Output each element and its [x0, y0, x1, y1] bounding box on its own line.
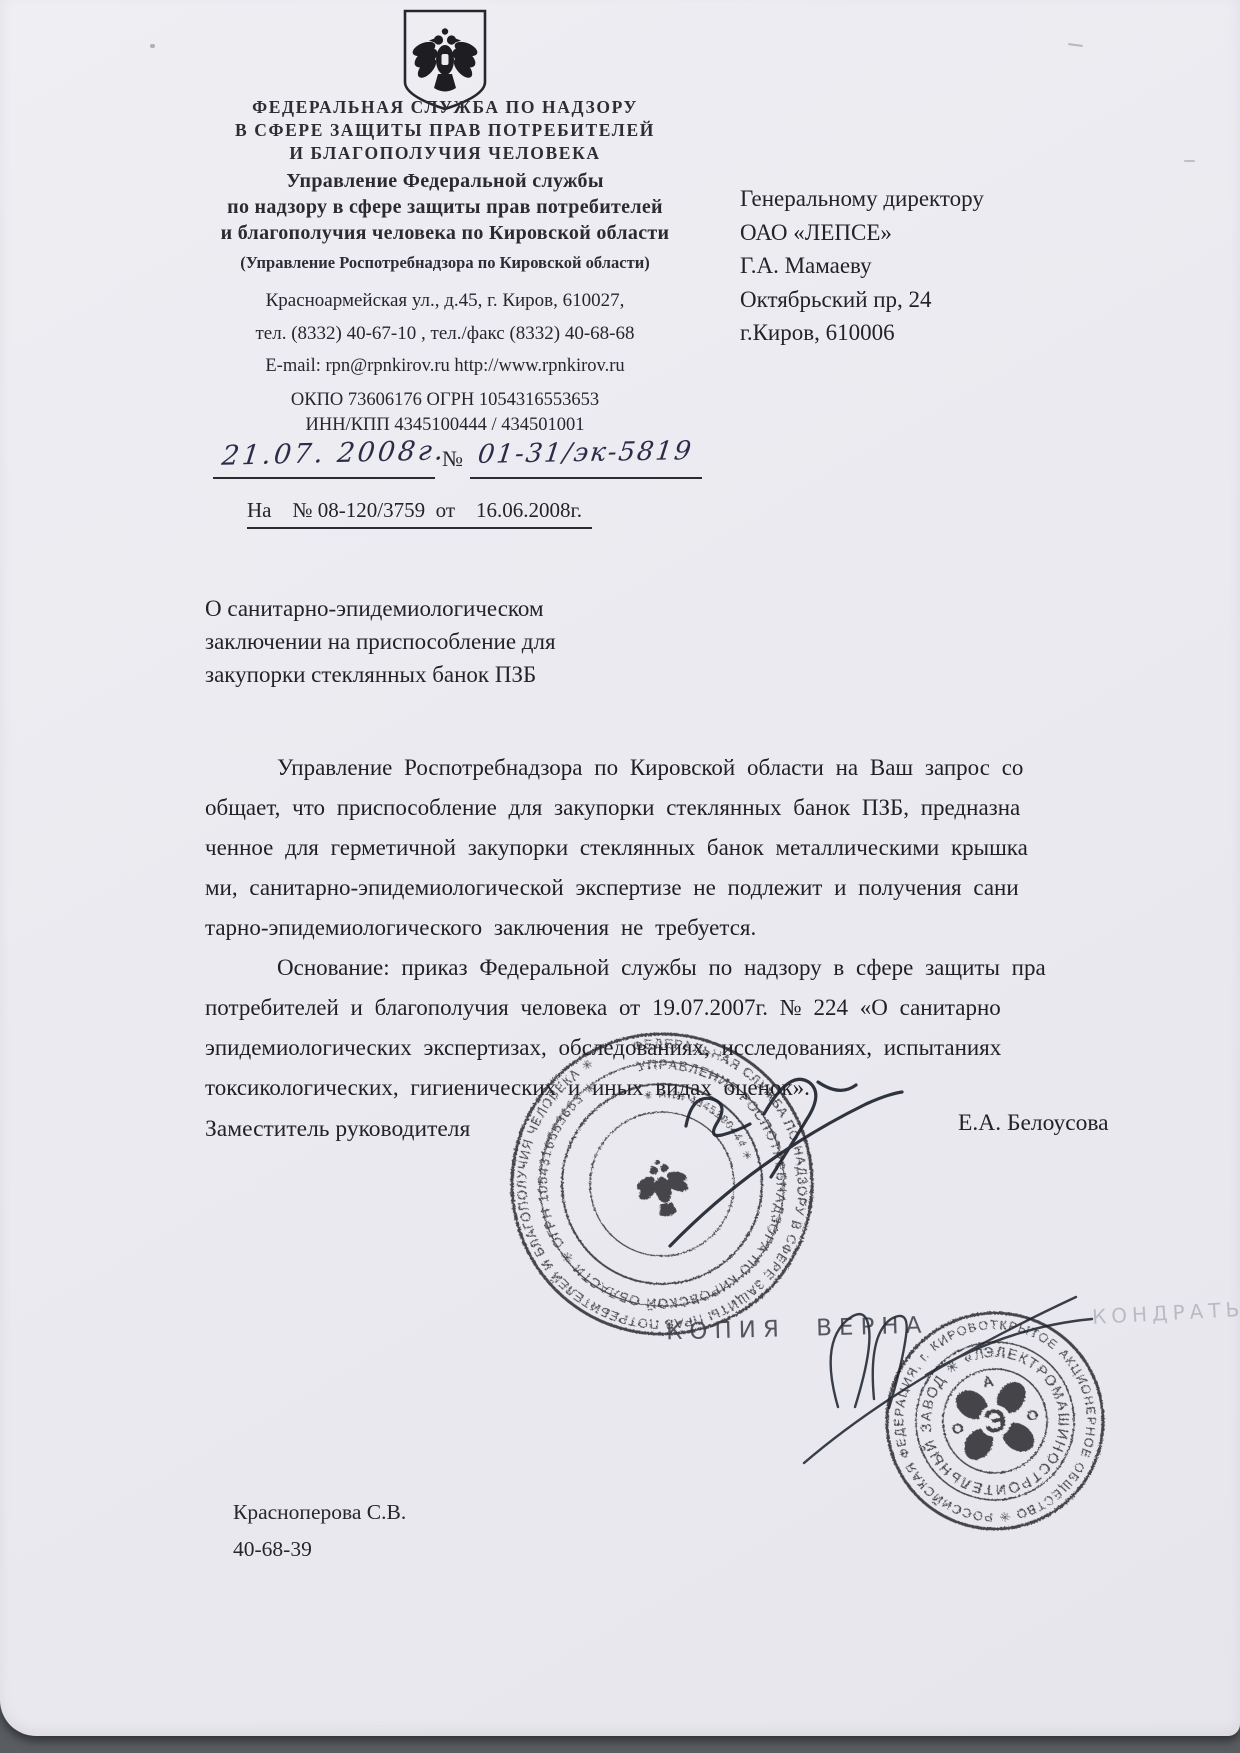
agency-name: ФЕДЕРАЛЬНАЯ СЛУЖБА ПО НАДЗОРУ В СФЕРЕ ЗА…	[115, 96, 775, 165]
recipient-block: Генеральному директору ОАО «ЛЕПСЕ» Г.А. …	[740, 182, 984, 350]
office-line: и благополучия человека по Кировской обл…	[115, 220, 775, 246]
body-line: тарно-эпидемиологического заключения не …	[205, 908, 1240, 948]
subject-line: О санитарно-эпидемиологическом	[205, 592, 556, 625]
stamp2-logo: Э А О О	[943, 1366, 1045, 1469]
subject-line: закупорки стеклянных банок ПЗБ	[205, 658, 556, 691]
body-line: Управление Роспотребнадзора по Кировской…	[205, 748, 1240, 788]
body-line: ми, санитарно-эпидемиологической эксперт…	[205, 868, 1240, 908]
body-line: Основание: приказ Федеральной службы по …	[205, 948, 1240, 988]
recipient-line: ОАО «ЛЕПСЕ»	[740, 216, 984, 250]
scan-artifact	[1184, 160, 1195, 162]
body-line: общает, что приспособление для закупорки…	[205, 788, 1240, 828]
subject-line: заключении на приспособление для	[205, 625, 556, 658]
address-line: Красноармейская ул., д.45, г. Киров, 610…	[115, 290, 775, 312]
agency-line: И БЛАГОПОЛУЧИЯ ЧЕЛОВЕКА	[115, 142, 775, 165]
handwritten-number: 01-31/эк-5819	[476, 436, 694, 470]
double-headed-eagle	[411, 28, 480, 91]
office-name: Управление Федеральной службы по надзору…	[115, 168, 775, 246]
stamp2-letter-o-right: О	[1025, 1406, 1040, 1425]
scan-artifact	[150, 44, 155, 48]
executor-phone: 40-68-39	[233, 1531, 406, 1568]
number-sign: №	[442, 446, 463, 472]
inn-kpp-line: ИНН/КПП 4345100444 / 434501001	[115, 415, 775, 436]
office-short-name: (Управление Роспотребнадзора по Кировско…	[115, 253, 775, 273]
lepse-stamp: ОТКРЫТОЕ АКЦИОНЕРНОЕ ОБЩЕСТВО ✳ РОССИЙСК…	[862, 1288, 1128, 1554]
agency-line: ФЕДЕРАЛЬНАЯ СЛУЖБА ПО НАДЗОРУ	[115, 96, 775, 119]
email-site-line: E-mail: rpn@rpnkirov.ru http://www.rpnki…	[115, 356, 775, 377]
office-line: по надзору в сфере защиты прав потребите…	[115, 194, 775, 220]
agency-line: В СФЕРЕ ЗАЩИТЫ ПРАВ ПОТРЕБИТЕЛЕЙ	[115, 119, 775, 142]
recipient-line: Октябрьский пр, 24	[740, 283, 984, 317]
office-line: Управление Федеральной службы	[115, 168, 775, 194]
date-underline	[213, 477, 435, 479]
executor-name: Красноперова С.В.	[233, 1494, 406, 1531]
recipient-line: Генеральному директору	[740, 182, 984, 216]
recipient-line: г.Киров, 610006	[740, 316, 984, 350]
subject-block: О санитарно-эпидемиологическом заключени…	[205, 592, 556, 691]
signer-title: Заместитель руководителя	[205, 1116, 470, 1143]
recipient-line: Г.А. Мамаеву	[740, 249, 984, 283]
stamp2-letter-a: А	[981, 1373, 995, 1392]
handwritten-date: 21.07. 2008г.	[220, 435, 448, 472]
in-reply-to-line: На № 08-120/3759 от 16.06.2008г.	[247, 498, 592, 529]
executor-block: Красноперова С.В. 40-68-39	[233, 1494, 406, 1568]
scanned-letter-page: ФЕДЕРАЛЬНАЯ СЛУЖБА ПО НАДЗОРУ В СФЕРЕ ЗА…	[0, 0, 1240, 1753]
stamp2-letter-o-left: О	[951, 1420, 966, 1439]
number-underline	[470, 477, 702, 479]
body-line: ченное для герметичной закупорки стеклян…	[205, 828, 1240, 868]
okpo-ogrn-line: ОКПО 73606176 ОГРН 1054316553653	[115, 390, 775, 411]
phones-line: тел. (8332) 40-67-10 , тел./факс (8332) …	[115, 323, 775, 345]
